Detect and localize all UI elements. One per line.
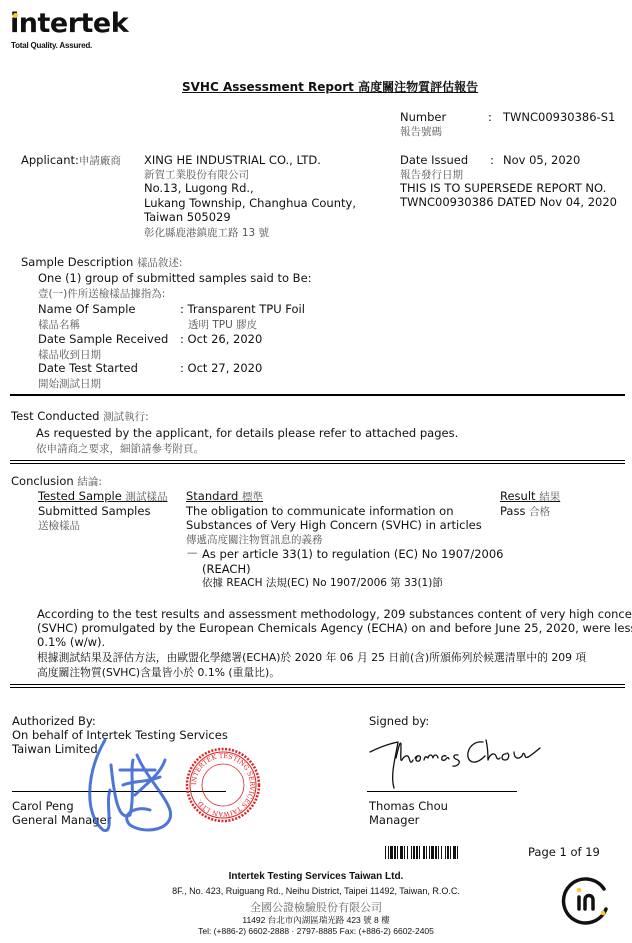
date-test-started-label-zh: 開始測試日期 [38, 376, 101, 391]
intertek-logo: intertek [10, 8, 128, 39]
test-conducted-heading: Test Conducted 測試執行: [11, 409, 149, 425]
company-seal-stamp: INTERTEK TESTING SERVICES TAIWAN LTD. [183, 745, 263, 825]
standard-line-1: The obligation to communicate informatio… [186, 504, 454, 519]
sample-description-heading: Sample Description 樣品敘述: [21, 255, 182, 271]
right-signer-name: Thomas Chou [369, 799, 448, 814]
intertek-in-logo [560, 875, 612, 927]
applicant-label-zh: 申請廠商 [79, 155, 121, 167]
applicant-label: Applicant:申請廠商 [21, 153, 121, 169]
date-test-started-value: : Oct 27, 2020 [180, 361, 262, 376]
regulation-line-1: As per article 33(1) to regulation (EC) … [202, 547, 503, 562]
summary-line-3: 0.1% (w/w). [37, 635, 105, 650]
date-test-started-label: Date Test Started [38, 361, 138, 376]
applicant-name-zh: 新賀工業股份有限公司 [144, 167, 249, 182]
applicant-address-2: Lukang Township, Changhua County, [144, 196, 356, 211]
regulation-line-2: (REACH) [202, 562, 251, 577]
conclusion-heading-zh: 結論: [77, 476, 102, 488]
divider-sample [10, 394, 625, 396]
footer-address-zh: 11492 台北市內湖區瑞光路 423 號 8 樓 [0, 914, 632, 926]
applicant-address-3: Taiwan 505029 [144, 210, 231, 225]
column-header-standard: Standard 標準 [186, 489, 263, 505]
carol-peng-signature [75, 735, 185, 845]
standard-line-2: Substances of Very High Concern (SVHC) i… [186, 518, 482, 533]
sample-heading-zh: 樣品敘述: [137, 257, 183, 269]
col-standard-en: Standard [186, 489, 238, 503]
date-received-value: : Oct 26, 2020 [180, 332, 262, 347]
tested-sample-value: Submitted Samples [38, 504, 150, 519]
col-result-en: Result [500, 489, 536, 503]
tested-sample-value-zh: 送檢樣品 [38, 518, 80, 533]
footer-company: Intertek Testing Services Taiwan Ltd. [0, 871, 632, 882]
authorized-by-label: Authorized By: [12, 714, 96, 729]
test-conducted-text-zh: 依申請商之要求，細節請參考附頁。 [36, 441, 204, 456]
summary-zh-1: 根據測試結果及評估方法，由歐盟化學總署(ECHA)於 2020 年 06 月 2… [37, 651, 586, 666]
col-standard-zh: 標準 [242, 491, 263, 503]
sample-name-value: : Transparent TPU Foil [180, 302, 305, 317]
title-zh: 高度關注物質評估報告 [358, 80, 478, 94]
test-conducted-heading-en: Test Conducted [11, 409, 99, 423]
supersede-line-2: TWNC00930386 DATED Nov 04, 2020 [400, 195, 617, 210]
col-tested-zh: 測試樣品 [125, 491, 167, 503]
page-title: SVHC Assessment Report 高度關注物質評估報告 [182, 78, 478, 95]
summary-zh-2: 高度關注物質(SVHC)含量皆小於 0.1% (重量比)。 [37, 666, 280, 681]
footer-company-zh: 全國公證檢驗股份有限公司 [0, 899, 632, 915]
sample-heading-en: Sample Description [21, 255, 133, 269]
column-header-tested-sample: Tested Sample 測試樣品 [38, 489, 167, 505]
column-header-result: Result 結果 [500, 489, 560, 505]
svg-text:INTERTEK TESTING SERVICES TAIW: INTERTEK TESTING SERVICES TAIWAN LTD. [190, 752, 256, 818]
brand-name: intertek [10, 8, 128, 39]
brand-tagline: Total Quality. Assured. [11, 41, 92, 50]
col-result-zh: 結果 [539, 491, 560, 503]
sample-name-value-zh: 透明 TPU 膠皮 [188, 317, 257, 332]
left-signer-name: Carol Peng [12, 799, 74, 814]
sample-intro-zh: 壹(一)件所送檢樣品據指為: [38, 286, 165, 301]
conclusion-heading: Conclusion 結論: [11, 474, 102, 490]
right-signer-title: Manager [369, 813, 419, 828]
result-pass-zh: 合格 [529, 506, 550, 518]
bullet-dash: — [187, 547, 198, 559]
title-en: SVHC Assessment Report [182, 80, 354, 94]
summary-line-2: (SVHC) promulgated by the European Chemi… [37, 621, 632, 636]
report-number-label: Number [400, 110, 446, 125]
date-received-label: Date Sample Received [38, 332, 168, 347]
conclusion-heading-en: Conclusion [11, 474, 74, 488]
applicant-name: XING HE INDUSTRIAL CO., LTD. [144, 153, 321, 168]
report-number-label-zh: 報告號碼 [400, 124, 442, 139]
signed-by-label: Signed by: [369, 714, 429, 729]
result-value: Pass 合格 [500, 504, 550, 520]
report-number-value: TWNC00930386-S1 [503, 110, 615, 125]
date-issued-colon: : [490, 153, 494, 168]
page-number: Page 1 of 19 [528, 845, 600, 860]
divider-conclusion [10, 684, 625, 688]
logo-accent-dot [13, 13, 18, 18]
test-conducted-heading-zh: 測試執行: [103, 411, 149, 423]
applicant-address-zh: 彰化縣鹿港鎮鹿工路 13 號 [144, 225, 269, 240]
date-issued-value: Nov 05, 2020 [503, 153, 580, 168]
summary-line-1: According to the test results and assess… [37, 607, 632, 622]
sample-intro: One (1) group of submitted samples said … [38, 271, 312, 286]
barcode [385, 846, 515, 859]
standard-zh: 傳遞高度關注物質訊息的義務 [186, 532, 323, 547]
footer-address: 8F., No. 423, Ruiguang Rd., Neihu Distri… [0, 886, 632, 896]
applicant-address-1: No.13, Lugong Rd., [144, 181, 254, 196]
sample-name-label: Name Of Sample [38, 302, 135, 317]
footer-contact: Tel: (+886-2) 6602-2888 · 2797-8885 Fax:… [0, 926, 632, 936]
supersede-line-1: THIS IS TO SUPERSEDE REPORT NO. [400, 181, 606, 196]
signature-line-right [367, 791, 517, 792]
report-number-colon: : [488, 110, 492, 125]
col-tested-en: Tested Sample [38, 489, 122, 503]
result-pass: Pass [500, 504, 525, 518]
date-received-label-zh: 樣品收到日期 [38, 347, 101, 362]
test-conducted-text: As requested by the applicant, for detai… [36, 426, 458, 441]
applicant-label-en: Applicant: [21, 153, 79, 167]
thomas-chou-signature [368, 730, 553, 790]
date-issued-label-zh: 報告發行日期 [400, 167, 463, 182]
regulation-zh: 依據 REACH 法規(EC) No 1907/2006 第 33(1)節 [202, 576, 443, 591]
divider-test-conducted [10, 460, 625, 464]
sample-name-label-zh: 樣品名稱 [38, 317, 80, 332]
date-issued-label: Date Issued [400, 153, 468, 168]
